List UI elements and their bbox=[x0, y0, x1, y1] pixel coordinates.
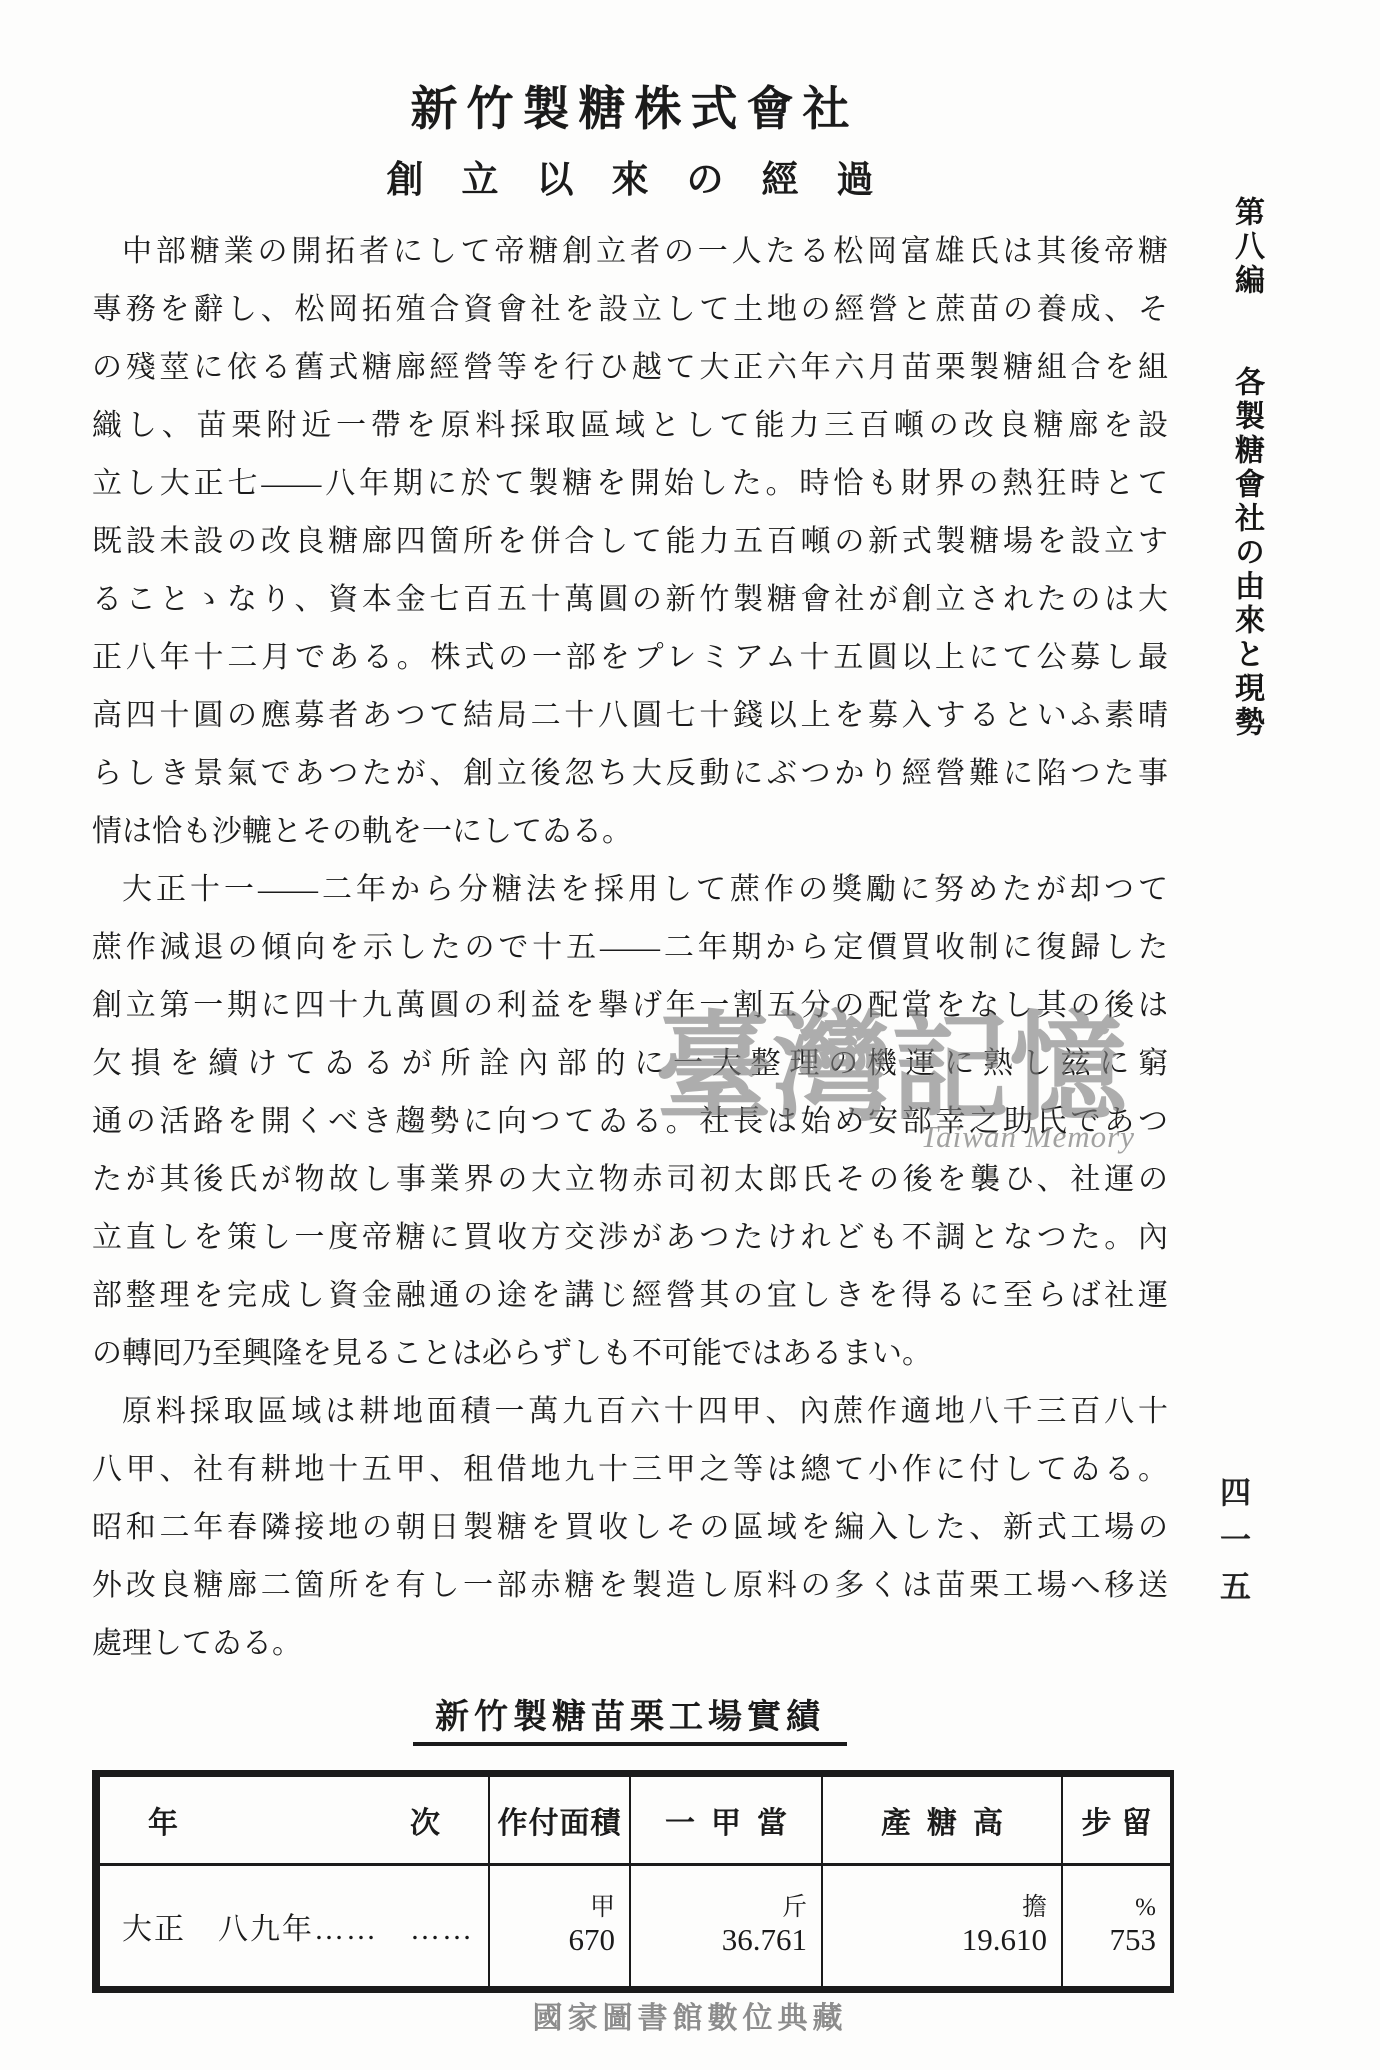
cell-area: 甲 670 bbox=[489, 1865, 630, 1990]
cell-value: 19.610 bbox=[824, 1922, 1047, 1958]
text-line: たが其後氏が物故し事業界の大立物赤司初太郎氏その後を襲ひ、社運の bbox=[92, 1151, 1168, 1209]
column-header-output: 產糖高 bbox=[822, 1774, 1062, 1865]
cell-output: 擔 19.610 bbox=[822, 1865, 1062, 1990]
table-title-wrap: 新竹製糖苗栗工場實績 bbox=[92, 1689, 1168, 1746]
text-line: 處理してゐる。 bbox=[92, 1615, 1168, 1673]
document-title: 新竹製糖株式會社 bbox=[92, 72, 1168, 139]
cell-value: 670 bbox=[491, 1922, 615, 1958]
cell-yield: % 753 bbox=[1062, 1865, 1172, 1990]
unit-label: 甲 bbox=[491, 1894, 615, 1922]
text-line: 高四十圓の應募者あつて結局二十八圓七十錢以上を募入するといふ素晴 bbox=[92, 687, 1168, 745]
text-line: 通の活路を開くべき趨勢に向つてゐる。社長は始め安部幸之助氏であつ bbox=[92, 1093, 1168, 1151]
text-line: ることゝなり、資本金七百五十萬圓の新竹製糖會社が創立されたのは大 bbox=[92, 571, 1168, 629]
table-header-row: 年次 作付面積 一甲當 產糖高 步留 bbox=[96, 1774, 1172, 1865]
text-line: 蔗作減退の傾向を示したので十五——二年期から定價買收制に復歸した bbox=[92, 919, 1168, 977]
paragraph-3: 原料採取區域は耕地面積一萬九百六十四甲、內蔗作適地八千三百八十八甲、社有耕地十五… bbox=[92, 1383, 1168, 1673]
text-line: 情は恰も沙轆とその軌を一にしてゐる。 bbox=[92, 803, 1168, 861]
unit-label: % bbox=[1064, 1894, 1156, 1922]
text-line: 昭和二年春隣接地の朝日製糖を買收しその區域を編入した、新式工場の bbox=[92, 1499, 1168, 1557]
text-line: 正八年十二月である。株式の一部をプレミアム十五圓以上にて公募し最 bbox=[92, 629, 1168, 687]
text-line: 大正十一——二年から分糖法を採用して蔗作の獎勵に努めたが却つて bbox=[92, 861, 1168, 919]
text-line: 中部糖業の開拓者にして帝糖創立者の一人たる松岡富雄氏は其後帝糖 bbox=[92, 223, 1168, 281]
column-header-area: 作付面積 bbox=[489, 1774, 630, 1865]
text-line: の殘莖に依る舊式糖廍經營等を行ひ越て大正六年六月苗栗製糖組合を組 bbox=[92, 339, 1168, 397]
text-line: 織し、苗栗附近一帶を原料採取區域として能力三百噸の改良糖廍を設 bbox=[92, 397, 1168, 455]
text-line: 八甲、社有耕地十五甲、租借地九十三甲之等は總て小作に付してゐる。 bbox=[92, 1441, 1168, 1499]
cell-year: 大正 八九年…… …… bbox=[96, 1865, 489, 1990]
text-line: 立し大正七——八年期に於て製糖を開始した。時恰も財界の熱狂時とて bbox=[92, 455, 1168, 513]
text-line: 欠損を續けてゐるが所詮內部的に一大整理の機運に熟し玆に窮 bbox=[92, 1035, 1168, 1093]
unit-label: 擔 bbox=[824, 1894, 1047, 1922]
text-line: 既設未設の改良糖廍四箇所を併合して能力五百噸の新式製糖場を設立す bbox=[92, 513, 1168, 571]
cell-value: 36.761 bbox=[632, 1922, 807, 1958]
text-line: 立直しを策し一度帝糖に買收方交渉があつたけれども不調となつた。內 bbox=[92, 1209, 1168, 1267]
paragraph-1: 中部糖業の開拓者にして帝糖創立者の一人たる松岡富雄氏は其後帝糖專務を辭し、松岡拓… bbox=[92, 223, 1168, 861]
text-line: 創立第一期に四十九萬圓の利益を擧げ年一割五分の配當をなし其の後は bbox=[92, 977, 1168, 1035]
text-line: 專務を辭し、松岡拓殖合資會社を設立して土地の經營と蔗苗の養成、そ bbox=[92, 281, 1168, 339]
text-line: 外改良糖廍二箇所を有し一部赤糖を製造し原料の多くは苗栗工場へ移送 bbox=[92, 1557, 1168, 1615]
chapter-margin-label: 第八編 各製糖會社の由來と現勢 bbox=[1224, 196, 1268, 740]
paragraph-2: 大正十一——二年から分糖法を採用して蔗作の獎勵に努めたが却つて蔗作減退の傾向を示… bbox=[92, 861, 1168, 1383]
column-header-yield: 步留 bbox=[1062, 1774, 1172, 1865]
cell-per-kou: 斤 36.761 bbox=[630, 1865, 822, 1990]
text-line: の轉囘乃至興隆を見ることは必らずしも不可能ではあるまい。 bbox=[92, 1325, 1168, 1383]
results-table: 年次 作付面積 一甲當 產糖高 步留 大正 八九年…… …… 甲 670 斤 3… bbox=[92, 1770, 1174, 1993]
column-header-year: 年次 bbox=[96, 1774, 489, 1865]
page-content: 新竹製糖株式會社 創立以來の經過 中部糖業の開拓者にして帝糖創立者の一人たる松岡… bbox=[92, 72, 1168, 1993]
body-text: 中部糖業の開拓者にして帝糖創立者の一人たる松岡富雄氏は其後帝糖專務を辭し、松岡拓… bbox=[92, 223, 1168, 1673]
text-line: 原料採取區域は耕地面積一萬九百六十四甲、內蔗作適地八千三百八十 bbox=[92, 1383, 1168, 1441]
library-footer: 國家圖書館數位典藏 bbox=[0, 1993, 1380, 2037]
text-line: らしき景氣であつたが、創立後忽ち大反動にぶつかり經營難に陷つた事 bbox=[92, 745, 1168, 803]
table-title: 新竹製糖苗栗工場實績 bbox=[413, 1689, 847, 1746]
column-header-per-kou: 一甲當 bbox=[630, 1774, 822, 1865]
cell-value: 753 bbox=[1064, 1922, 1156, 1958]
text-line: 部整理を完成し資金融通の途を講じ經營其の宜しきを得るに至らば社運 bbox=[92, 1267, 1168, 1325]
document-subtitle: 創立以來の經過 bbox=[92, 149, 1168, 203]
table-row: 大正 八九年…… …… 甲 670 斤 36.761 擔 19.610 % 75… bbox=[96, 1865, 1172, 1990]
page-number: 四一五 bbox=[1210, 1476, 1255, 1617]
unit-label: 斤 bbox=[632, 1894, 807, 1922]
